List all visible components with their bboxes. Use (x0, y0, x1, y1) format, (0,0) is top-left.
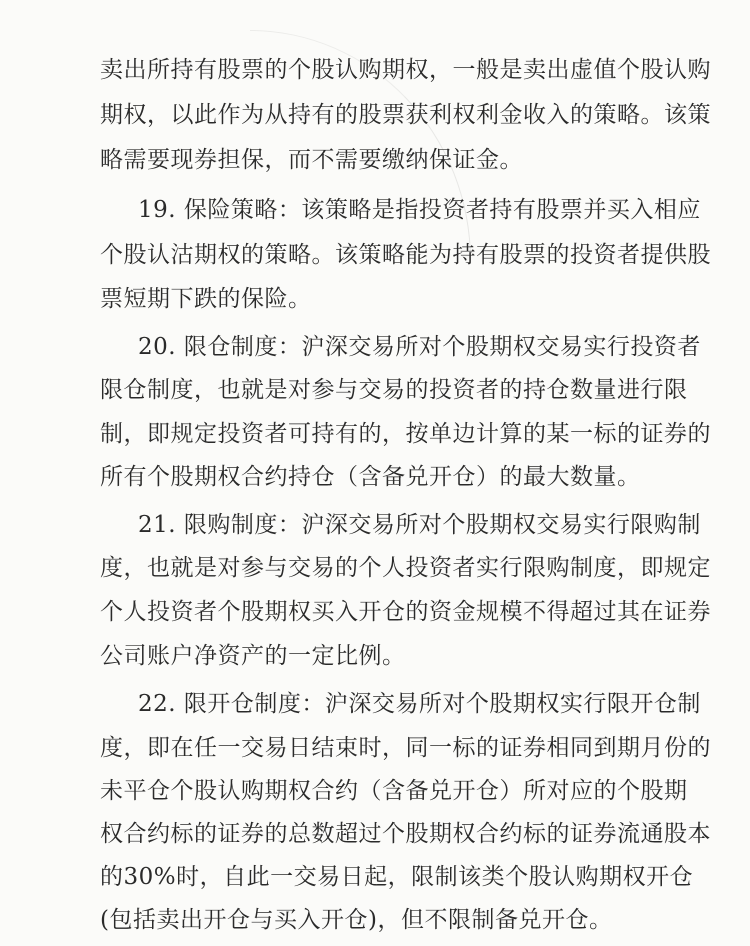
text-line: 21. 限购制度：沪深交易所对个股期权交易实行限购制 (138, 510, 648, 540)
text-line: 限仓制度，也就是对参与交易的投资者的持仓数量进行限 (100, 375, 648, 405)
text-line: 公司账户净资产的一定比例。 (100, 641, 648, 671)
text-line: 的30%时，自此一交易日起，限制该类个股认购期权开仓 (100, 862, 648, 892)
text-line: 票短期下跌的保险。 (100, 284, 648, 314)
text-line: 22. 限开仓制度：沪深交易所对个股期权实行限开仓制 (138, 689, 648, 719)
text-line: 度，即在任一交易日结束时，同一标的证券相同到期月份的 (100, 733, 648, 763)
text-line: 19. 保险策略：该策略是指投资者持有股票并买入相应 (138, 195, 648, 225)
text-line: 20. 限仓制度：沪深交易所对个股期权交易实行投资者 (138, 332, 648, 362)
text-line: 略需要现券担保，而不需要缴纳保证金。 (100, 145, 648, 175)
text-line: 权合约标的证券的总数超过个股期权合约标的证券流通股本 (100, 819, 648, 849)
text-line: (包括卖出开仓与买入开仓)，但不限制备兑开仓。 (100, 905, 648, 935)
text-line: 卖出所持有股票的个股认购期权，一般是卖出虚值个股认购 (100, 55, 648, 85)
text-line: 度，也就是对参与交易的个人投资者实行限购制度，即规定 (100, 553, 648, 583)
text-line: 未平仓个股认购期权合约（含备兑开仓）所对应的个股期 (100, 776, 648, 806)
text-line: 个股认沽期权的策略。该策略能为持有股票的投资者提供股 (100, 240, 648, 270)
text-line: 个人投资者个股期权买入开仓的资金规模不得超过其在证券 (100, 597, 648, 627)
scanned-page: 卖出所持有股票的个股认购期权，一般是卖出虚值个股认购 期权，以此作为从持有的股票… (0, 0, 750, 946)
text-line: 制，即规定投资者可持有的，按单边计算的某一标的证券的 (100, 419, 648, 449)
text-line: 所有个股期权合约持仓（含备兑开仓）的最大数量。 (100, 462, 648, 492)
text-line: 期权，以此作为从持有的股票获利权利金收入的策略。该策 (100, 100, 648, 130)
